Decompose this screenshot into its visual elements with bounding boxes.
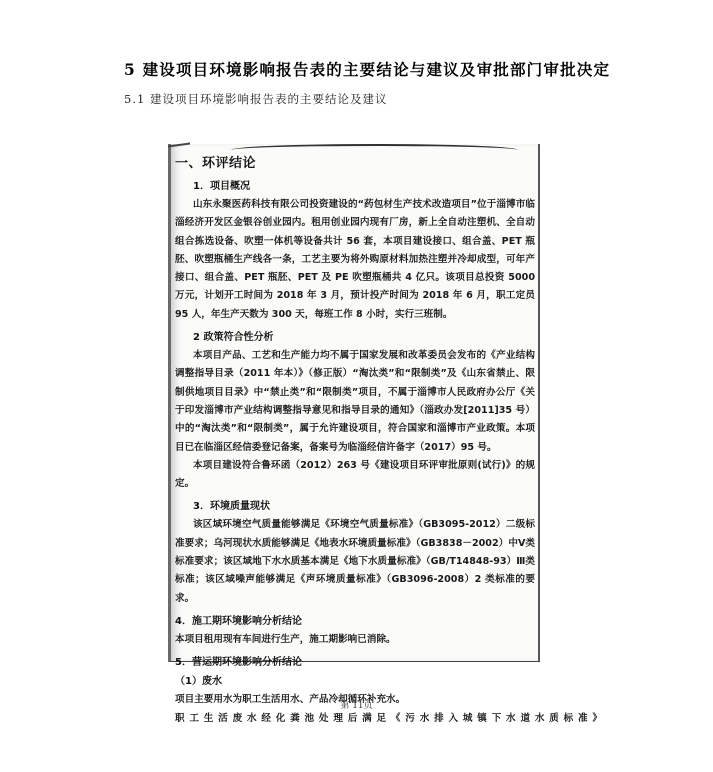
paragraph: 本项目建设符合鲁环函（2012）263 号《建设项目环评审批原则(试行)》的规定… [175, 457, 535, 494]
item-title: 5．营运期环境影响分析结论 [175, 653, 535, 668]
paragraph: 该区域环境空气质量能够满足《环境空气质量标准》（GB3095-2012）二级标准… [175, 516, 535, 607]
paragraph: 本项目租用现有车间进行生产，施工期影响已消除。 [175, 631, 535, 649]
item-title: 2 政策符合性分析 [193, 328, 535, 343]
section-subheading: 5.1 建设项目环境影响报告表的主要结论及建议 [124, 91, 387, 107]
paragraph: 山东永聚医药科技有限公司投资建设的“药包材生产技术改造项目”位于淄博市临淄经济开… [175, 196, 535, 324]
page-number: 第 11页 [0, 698, 713, 711]
scan-content: 一、环评结论 1．项目概况 山东永聚医药科技有限公司投资建设的“药包材生产技术改… [175, 152, 535, 728]
item-subtitle: （1）废水 [175, 672, 535, 687]
item-title: 3．环境质量现状 [193, 497, 535, 512]
scanned-document-excerpt: 一、环评结论 1．项目概况 山东永聚医药科技有限公司投资建设的“药包材生产技术改… [168, 144, 540, 662]
page-heading: 5 建设项目环境影响报告表的主要结论与建议及审批部门审批决定 [124, 58, 610, 80]
paragraph: 职工生活废水经化粪池处理后满足《污水排入城镇下水道水质标准》 [175, 710, 535, 728]
paragraph: 本项目产品、工艺和生产能力均不属于国家发展和改革委员会发布的《产业结构调整指导目… [175, 347, 535, 457]
section-title: 一、环评结论 [175, 152, 535, 171]
item-title: 1．项目概况 [193, 177, 535, 192]
item-title: 4．施工期环境影响分析结论 [175, 612, 535, 627]
